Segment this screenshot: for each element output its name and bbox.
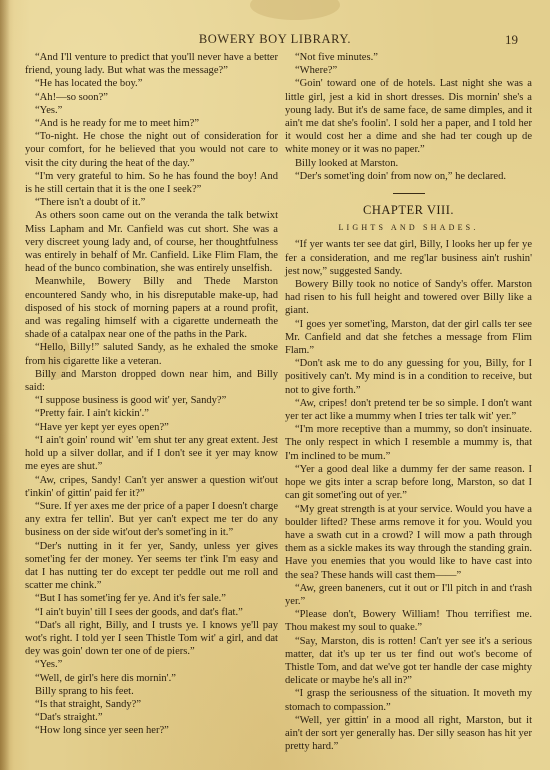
paragraph: “Don't ask me to do any guessing for you… (285, 357, 532, 397)
paragraph: “Aw, green baneners, cut it out or I'll … (285, 582, 532, 608)
paragraph: “And I'll venture to predict that you'll… (25, 51, 278, 77)
paragraph: “Der's somet'ing doin' from now on,” he … (285, 170, 532, 183)
paragraph: “Hello, Billy!” saluted Sandy, as he exh… (25, 341, 278, 367)
chapter-heading: CHAPTER VIII. (285, 204, 532, 217)
paragraph: “Is that straight, Sandy?” (25, 698, 278, 711)
paragraph: “I'm very grateful to him. So he has fou… (25, 170, 278, 196)
paragraph: “Have yer kept yer eyes open?” (25, 421, 278, 434)
book-page: BOWERY BOY LIBRARY. 19 “And I'll venture… (0, 0, 550, 770)
paragraph: “Not five minutes.” (285, 51, 532, 64)
paragraph: “Say, Marston, dis is rotten! Can't yer … (285, 635, 532, 688)
paragraph: “Aw, cripes! don't pretend ter be so sim… (285, 397, 532, 423)
running-title: BOWERY BOY LIBRARY. (0, 32, 550, 47)
page-binding-edge (0, 0, 10, 770)
paragraph: “If yer wants ter see dat girl, Billy, I… (285, 238, 532, 278)
page-number: 19 (505, 32, 518, 48)
paragraph: “My great strength is at your service. W… (285, 503, 532, 582)
paragraph: “There isn't a doubt of it.” (25, 196, 278, 209)
paragraph: “I grasp the seriousness of the situatio… (285, 687, 532, 713)
paragraph: Billy and Marston dropped down near him,… (25, 368, 278, 394)
paragraph: Bowery Billy took no notice of Sandy's o… (285, 278, 532, 318)
paragraph: “I ain't goin' round wit' 'em shut ter a… (25, 434, 278, 474)
paragraph: “Well, yer gittin' in a mood all right, … (285, 714, 532, 754)
paragraph: “Yes.” (25, 658, 278, 671)
paragraph: “Pretty fair. I ain't kickin'.” (25, 407, 278, 420)
chapter-subtitle: LIGHTS AND SHADES. (285, 221, 532, 234)
paragraph: “Sure. If yer axes me der price of a pap… (25, 500, 278, 540)
paragraph: “Well, de girl's here dis mornin'.” (25, 672, 278, 685)
paragraph: “Ah!—so soon?” (25, 91, 278, 104)
paragraph: “Yer a good deal like a dummy fer der sa… (285, 463, 532, 503)
paragraph: “I ain't buyin' till I sees der goods, a… (25, 606, 278, 619)
paragraph: “And is he ready for me to meet him?” (25, 117, 278, 130)
paragraph: “How long since yer seen her?” (25, 724, 278, 737)
paragraph: “Where?” (285, 64, 532, 77)
paper-stain (250, 0, 340, 20)
paragraph: “Goin' toward one of de hotels. Last nig… (285, 77, 532, 156)
section-divider (393, 193, 425, 194)
paragraph: “He has located the boy.” (25, 77, 278, 90)
paragraph: “Aw, cripes, Sandy! Can't yer answer a q… (25, 474, 278, 500)
paragraph: “Yes.” (25, 104, 278, 117)
left-column: “And I'll venture to predict that you'll… (25, 51, 278, 738)
paragraph: “Der's nutting in it fer yer, Sandy, unl… (25, 540, 278, 593)
paragraph: “Dat's all right, Billy, and I trusts ye… (25, 619, 278, 659)
paragraph: “But I has somet'ing fer ye. And it's fe… (25, 592, 278, 605)
paragraph: Billy sprang to his feet. (25, 685, 278, 698)
paragraph: As others soon came out on the veranda t… (25, 209, 278, 275)
paragraph: “I goes yer somet'ing, Marston, dat der … (285, 318, 532, 358)
paragraph: “To-night. He chose the night out of con… (25, 130, 278, 170)
right-column: “Not five minutes.” “Where?” “Goin' towa… (285, 51, 532, 753)
running-header: BOWERY BOY LIBRARY. 19 (0, 32, 550, 48)
paragraph: Billy looked at Marston. (285, 157, 532, 170)
paragraph: Meanwhile, Bowery Billy and Thede Marsto… (25, 275, 278, 341)
paragraph: “Dat's straight.” (25, 711, 278, 724)
paragraph: “Please don't, Bowery William! Thou terr… (285, 608, 532, 634)
paragraph: “I suppose business is good wit' yer, Sa… (25, 394, 278, 407)
paragraph: “I'm more receptive than a mummy, so don… (285, 423, 532, 463)
